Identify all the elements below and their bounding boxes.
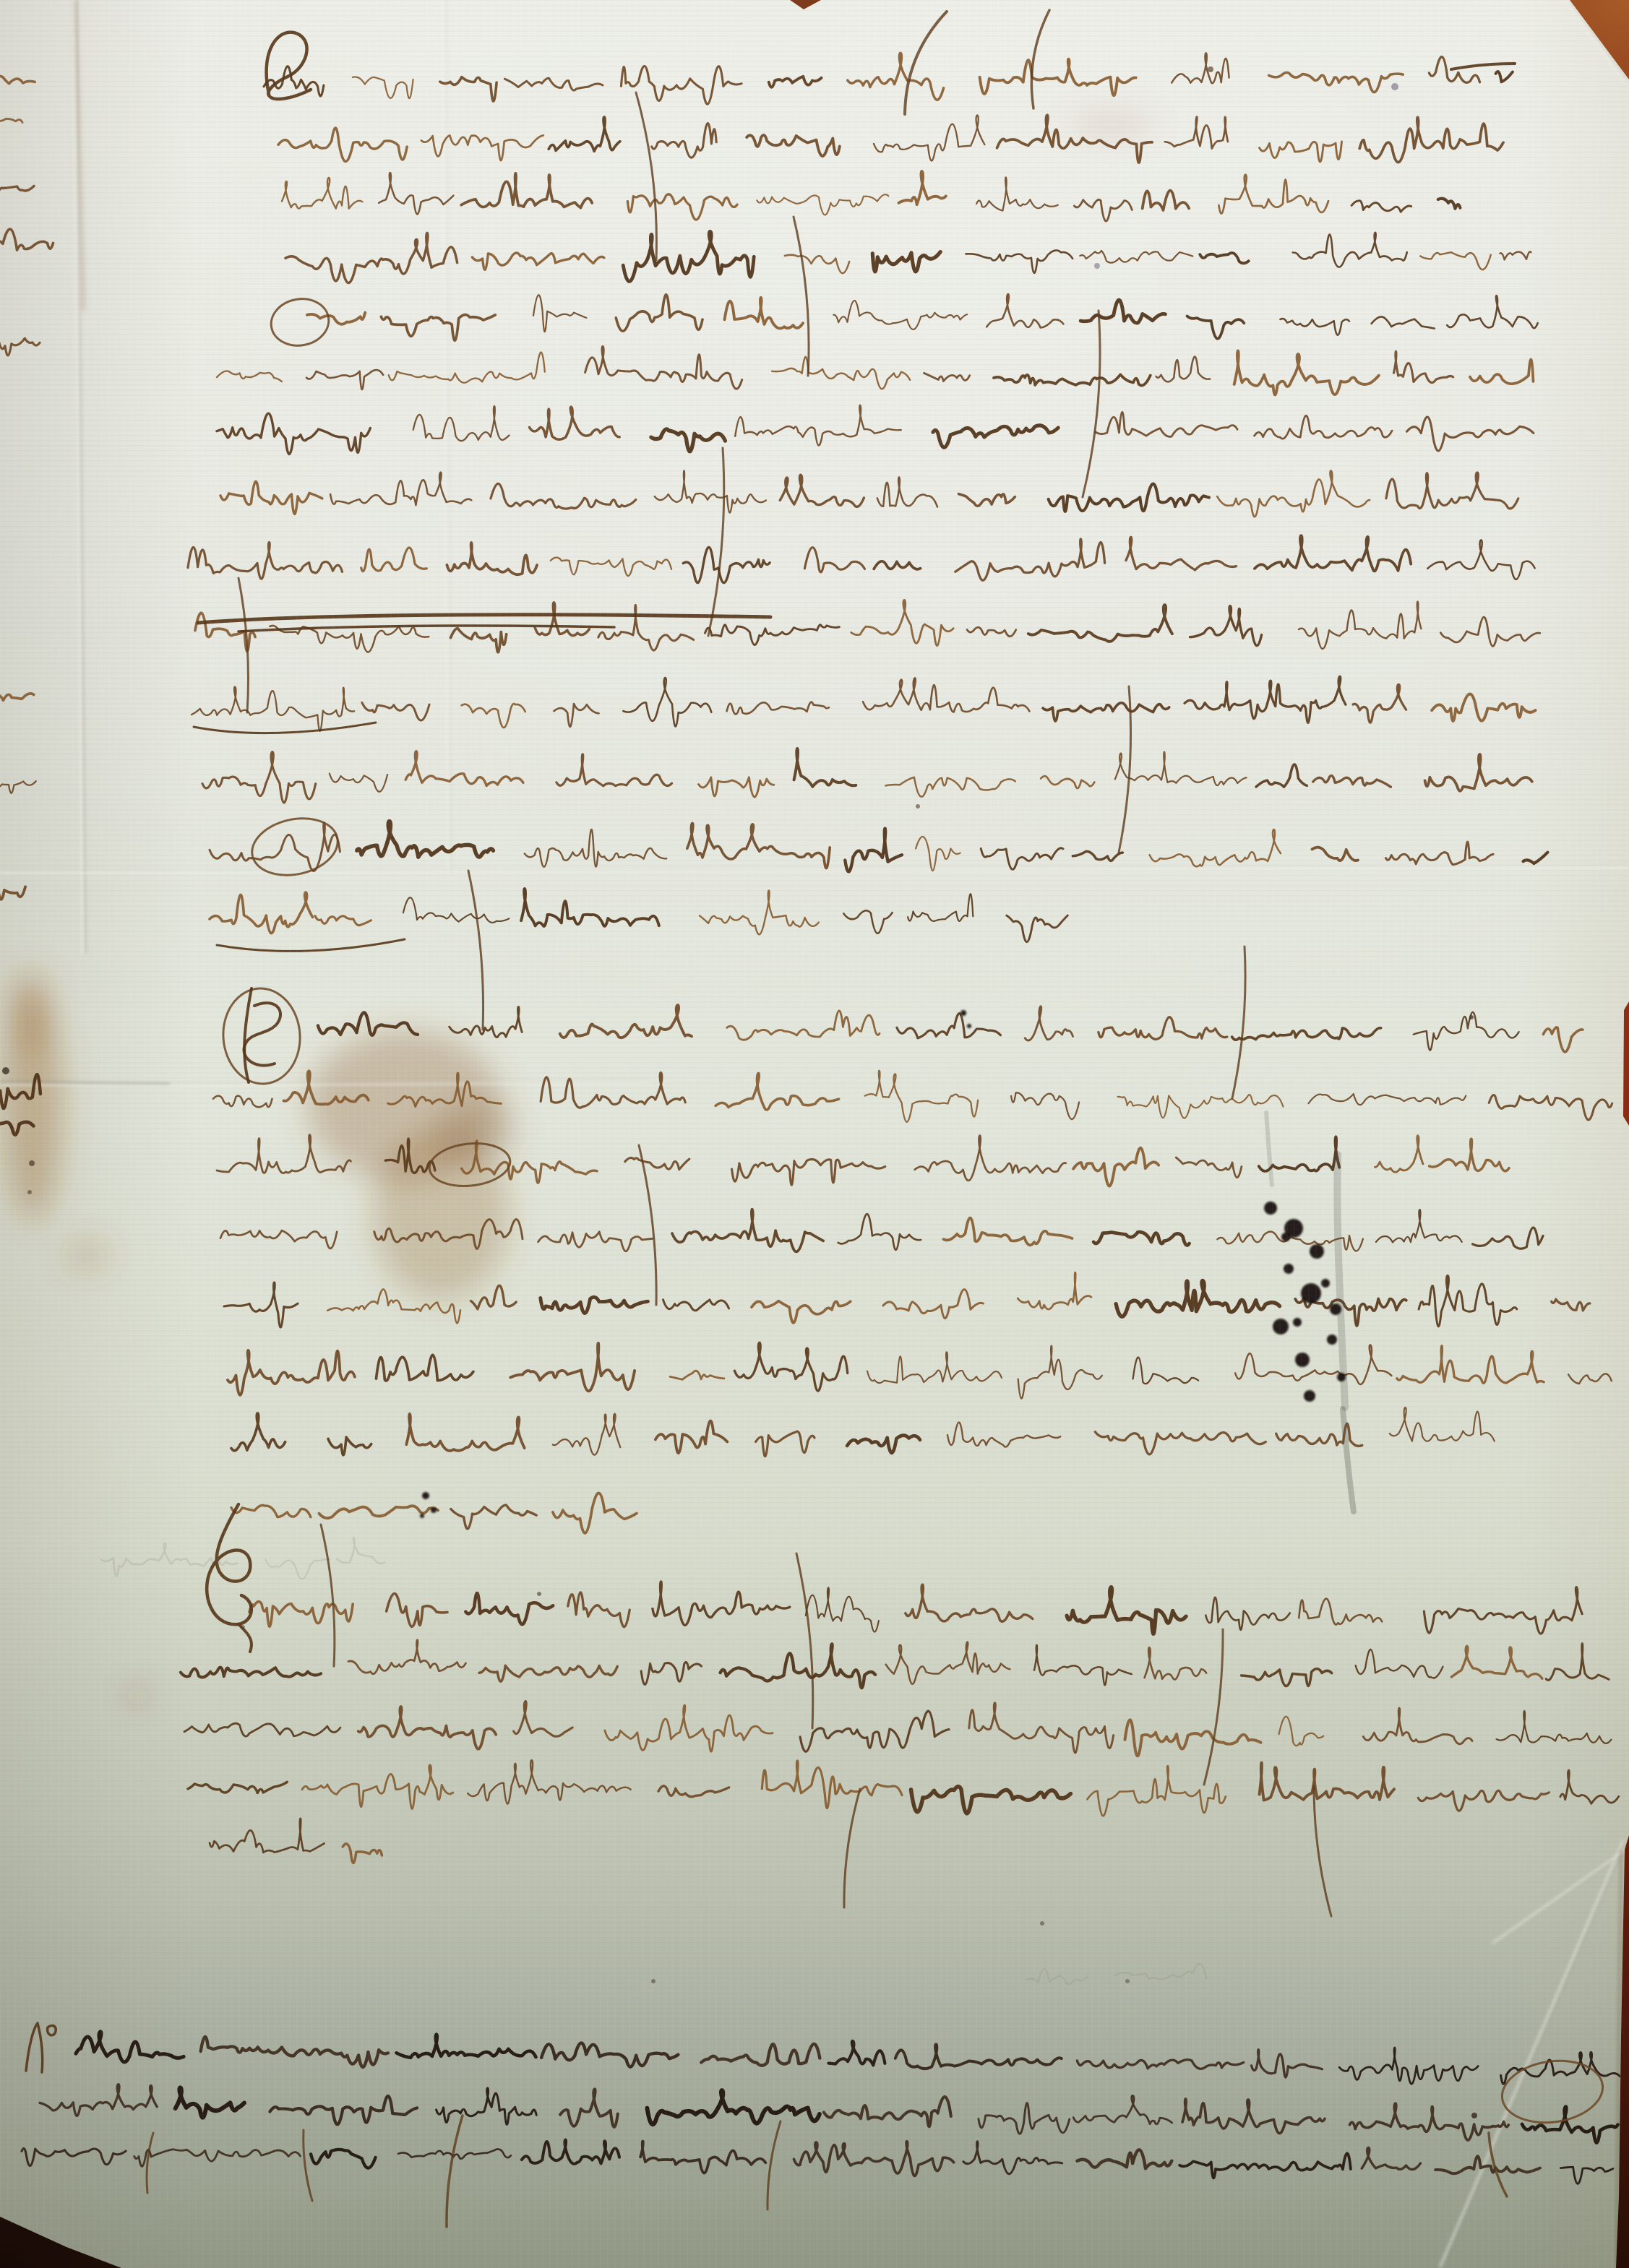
- speckle: [1040, 1921, 1044, 1926]
- word-stroke: [616, 295, 702, 331]
- word-stroke: [1093, 1232, 1190, 1245]
- word-stroke: [176, 2087, 245, 2117]
- word-stroke: [1077, 2060, 1243, 2069]
- word-stroke: [966, 250, 1073, 272]
- word-stroke: [1187, 316, 1245, 339]
- script-line: [181, 1640, 1609, 1688]
- word-stroke: [897, 1014, 1001, 1038]
- word-stroke: [1568, 1374, 1612, 1384]
- word-stroke: [1522, 2107, 1618, 2143]
- word-stroke: [1145, 1647, 1207, 1679]
- word-stroke: [625, 1157, 689, 1169]
- script-line: [0, 781, 36, 793]
- word-stroke: [1397, 1346, 1544, 1384]
- word-stroke: [794, 749, 856, 787]
- word-stroke: [824, 2097, 951, 2126]
- word-stroke: [800, 1711, 949, 1751]
- word-stroke: [622, 66, 742, 104]
- script-line: [0, 338, 40, 355]
- word-stroke: [1552, 1299, 1590, 1311]
- word-stroke: [514, 1702, 572, 1737]
- circled-flourish: [220, 986, 304, 1086]
- word-stroke: [202, 752, 316, 803]
- word-stroke: [872, 252, 940, 272]
- word-stroke: [727, 1011, 880, 1040]
- blot-blob: [967, 1024, 971, 1028]
- word-stroke: [1425, 754, 1532, 791]
- ink-layer: [0, 0, 1629, 2268]
- word-stroke: [1427, 540, 1534, 579]
- ascender-flourish: [844, 1789, 860, 1907]
- word-stroke: [1419, 1275, 1517, 1326]
- word-stroke: [228, 1350, 355, 1395]
- blot-blob: [1264, 1202, 1277, 1215]
- initial-paragraph-2: [244, 1003, 280, 1066]
- word-stroke: [963, 2142, 1062, 2174]
- word-stroke: [1473, 1228, 1543, 1249]
- script-line: [184, 1702, 1611, 1756]
- blot-blob: [1327, 1335, 1337, 1345]
- word-stroke: [379, 173, 453, 214]
- word-stroke: [1185, 676, 1346, 723]
- word-stroke: [1470, 360, 1534, 384]
- line1-end-dash: [1451, 64, 1515, 69]
- blot-blob: [1310, 1244, 1324, 1259]
- word-stroke: [1165, 117, 1228, 149]
- stain: [129, 1690, 146, 1702]
- speckle: [537, 1592, 541, 1596]
- ghost-line: [101, 1538, 384, 1579]
- word-stroke: [397, 2035, 536, 2058]
- word-stroke: [1252, 2050, 1323, 2077]
- blot-blob: [960, 1010, 966, 1016]
- word-stroke: [437, 2088, 537, 2124]
- ascender-flourish: [639, 1145, 656, 1305]
- word-stroke: [1099, 1017, 1227, 1040]
- word-stroke: [1217, 471, 1370, 517]
- ghost-line: [1026, 1964, 1206, 1984]
- creases: [0, 0, 1629, 2268]
- word-stroke: [747, 135, 840, 156]
- word-stroke: [1176, 1157, 1242, 1178]
- word-stroke: [403, 897, 510, 923]
- word-stroke: [1362, 2147, 1420, 2169]
- word-stroke: [1376, 1210, 1462, 1242]
- word-stroke: [804, 548, 864, 572]
- script-line: [278, 115, 1503, 163]
- word-stroke: [1356, 1650, 1443, 1678]
- blot-blob: [422, 1492, 429, 1499]
- word-stroke: [1080, 251, 1192, 263]
- word-stroke: [772, 357, 910, 389]
- script-line: [285, 231, 1531, 283]
- diagonal-crease-bottom-right: [1442, 1841, 1625, 2268]
- manuscript-photo: [0, 0, 1629, 2268]
- word-stroke: [330, 473, 471, 506]
- word-stroke: [906, 1584, 1033, 1621]
- speckle: [1391, 83, 1398, 90]
- ascender-flourish: [468, 871, 483, 1030]
- word-stroke: [192, 686, 354, 730]
- blot-blob: [1281, 1233, 1290, 1241]
- word-stroke: [1432, 694, 1535, 722]
- word-stroke: [1447, 296, 1538, 328]
- word-stroke: [541, 1297, 648, 1313]
- word-stroke: [1095, 1432, 1265, 1454]
- word-stroke: [1276, 1423, 1362, 1446]
- word-stroke: [701, 2044, 820, 2066]
- word-stroke: [1363, 1708, 1472, 1744]
- word-stroke: [1560, 2167, 1612, 2183]
- script-line: [228, 1342, 1612, 1398]
- blot-blob: [1273, 1319, 1289, 1335]
- script-line: [0, 887, 25, 900]
- word-stroke: [553, 1414, 621, 1455]
- smear-3: [1266, 1113, 1272, 1185]
- word-stroke: [337, 1538, 384, 1564]
- word-stroke: [658, 1786, 729, 1797]
- word-stroke: [1026, 1969, 1088, 1984]
- ascender-flourish: [794, 217, 809, 376]
- word-stroke: [1182, 2099, 1325, 2134]
- word-stroke: [845, 829, 902, 872]
- word-stroke: [1418, 1790, 1549, 1811]
- strike-through-1: [198, 615, 770, 623]
- ascender-flourish: [447, 2116, 463, 2227]
- word-stroke: [362, 702, 429, 720]
- word-stroke: [217, 371, 282, 382]
- word-stroke: [762, 1761, 902, 1808]
- word-stroke: [980, 59, 1136, 96]
- word-stroke: [220, 1230, 337, 1249]
- word-stroke: [699, 777, 774, 797]
- word-stroke: [847, 1436, 920, 1453]
- word-stroke: [652, 124, 717, 158]
- word-stroke: [915, 1136, 1066, 1181]
- initial-paragraph-2-stem: [244, 988, 252, 1082]
- word-stroke: [1179, 2153, 1351, 2178]
- ascender-flourish: [147, 2133, 153, 2193]
- word-stroke: [381, 315, 495, 341]
- word-stroke: [656, 1421, 727, 1454]
- word-stroke: [471, 1285, 517, 1309]
- word-stroke: [343, 1844, 382, 1863]
- word-stroke: [533, 295, 586, 332]
- word-stroke: [389, 353, 545, 383]
- script-line: [188, 1760, 1619, 1816]
- word-stroke: [231, 1505, 311, 1517]
- word-stroke: [406, 1414, 524, 1451]
- speckle: [1125, 1979, 1130, 1983]
- word-stroke: [1156, 357, 1211, 382]
- word-stroke: [725, 298, 804, 329]
- word-stroke: [285, 233, 457, 283]
- stain: [65, 1240, 108, 1272]
- ascender-flourish: [1232, 947, 1245, 1098]
- word-stroke: [1028, 605, 1172, 642]
- word-stroke: [1260, 142, 1342, 162]
- speckle: [651, 1979, 656, 1983]
- word-stroke: [641, 1662, 701, 1684]
- word-stroke: [472, 253, 604, 270]
- word-stroke: [353, 77, 413, 99]
- word-stroke: [623, 678, 711, 726]
- underline-flourish-1: [194, 723, 376, 733]
- word-stroke: [451, 629, 507, 652]
- word-stroke: [0, 694, 34, 700]
- word-stroke: [794, 2142, 954, 2176]
- word-stroke: [522, 2140, 619, 2164]
- blot-blob: [1293, 1318, 1302, 1327]
- word-stroke: [22, 2149, 126, 2166]
- word-stroke: [450, 1006, 523, 1037]
- word-stroke: [188, 1782, 287, 1793]
- word-stroke: [732, 1160, 885, 1186]
- smear-1: [1337, 1155, 1345, 1407]
- word-stroke: [76, 2032, 184, 2062]
- word-stroke: [1073, 2095, 1172, 2123]
- word-stroke: [1269, 72, 1404, 92]
- word-stroke: [994, 374, 1151, 385]
- word-stroke: [895, 2044, 1062, 2069]
- circled-flourish: [267, 295, 332, 350]
- word-stroke: [1375, 1136, 1423, 1173]
- word-stroke: [1299, 1599, 1382, 1625]
- word-stroke: [806, 1587, 879, 1631]
- word-stroke: [1339, 2048, 1478, 2084]
- word-stroke: [886, 1642, 1010, 1684]
- word-stroke: [933, 426, 1058, 447]
- note-initial: [26, 2023, 56, 2072]
- word-stroke: [908, 894, 973, 921]
- word-stroke: [535, 603, 589, 636]
- script-line: [210, 1819, 382, 1863]
- word-stroke: [479, 1665, 617, 1681]
- word-stroke: [833, 301, 967, 329]
- word-stroke: [264, 66, 324, 96]
- speckle: [29, 1160, 35, 1166]
- note-line: [40, 2084, 1618, 2143]
- word-stroke: [976, 177, 1058, 210]
- word-stroke: [451, 1505, 536, 1529]
- blot-blob: [431, 1507, 437, 1513]
- word-stroke: [1118, 1095, 1284, 1118]
- word-stroke: [184, 1723, 340, 1736]
- word-stroke: [623, 231, 754, 281]
- ascender-flourish: [1314, 1786, 1331, 1916]
- word-stroke: [1041, 776, 1094, 788]
- ascender-flourish: [768, 2121, 781, 2209]
- word-stroke: [979, 2103, 1070, 2134]
- script-line: [0, 186, 34, 193]
- word-stroke: [554, 704, 599, 727]
- ascender-flourish: [1083, 311, 1100, 497]
- word-stroke: [883, 1290, 984, 1319]
- word-stroke: [282, 178, 362, 209]
- word-stroke: [700, 890, 819, 934]
- ascender-flourish: [1204, 1629, 1223, 1785]
- word-stroke: [1309, 1094, 1466, 1105]
- word-stroke: [1200, 253, 1248, 263]
- word-stroke: [549, 117, 620, 151]
- word-stroke: [1430, 1139, 1509, 1171]
- word-stroke: [421, 135, 543, 160]
- word-stroke: [1299, 602, 1421, 649]
- word-stroke: [769, 77, 822, 87]
- word-stroke: [468, 1760, 630, 1803]
- word-stroke: [1074, 199, 1132, 221]
- note-line: [22, 2140, 1613, 2184]
- manuscript-page: [0, 0, 1629, 2268]
- word-stroke: [541, 1073, 685, 1108]
- script-line: [192, 676, 1536, 731]
- script-line: [220, 470, 1518, 517]
- word-stroke: [556, 754, 672, 786]
- word-stroke: [885, 777, 1015, 797]
- word-stroke: [715, 1073, 838, 1109]
- word-stroke: [1451, 1646, 1542, 1678]
- word-stroke: [944, 1218, 1073, 1246]
- word-stroke: [405, 751, 523, 786]
- script-line: [249, 1582, 1582, 1634]
- word-stroke: [1385, 842, 1493, 865]
- stains: [4, 111, 1155, 1702]
- word-stroke: [213, 1096, 272, 1108]
- word-stroke: [1078, 2150, 1172, 2168]
- handwriting: [0, 53, 1620, 2183]
- word-stroke: [865, 1071, 978, 1122]
- ascender-flourish: [708, 448, 724, 636]
- ascender-flourish: [238, 578, 249, 712]
- word-stroke: [217, 413, 370, 454]
- word-stroke: [210, 1819, 324, 1853]
- word-stroke: [1255, 535, 1411, 571]
- script-line: [307, 294, 1538, 340]
- word-stroke: [877, 477, 937, 506]
- word-stroke: [605, 1705, 773, 1751]
- speckle: [27, 1190, 32, 1194]
- word-stroke: [560, 1005, 692, 1038]
- word-stroke: [361, 548, 427, 572]
- word-stroke: [1095, 412, 1237, 436]
- word-stroke: [874, 561, 920, 569]
- word-stroke: [843, 910, 892, 933]
- word-stroke: [1390, 1407, 1495, 1441]
- word-stroke: [1424, 1587, 1582, 1634]
- word-stroke: [757, 194, 888, 215]
- diagonal-crease-short-light: [1492, 1848, 1628, 1944]
- word-stroke: [780, 475, 864, 506]
- word-stroke: [530, 407, 620, 439]
- word-stroke: [1546, 1644, 1609, 1681]
- word-stroke: [1133, 1358, 1199, 1384]
- word-stroke: [1350, 2103, 1509, 2140]
- word-stroke: [1351, 201, 1411, 212]
- ascender-flourish: [1031, 10, 1049, 108]
- blot-blob: [420, 1514, 424, 1518]
- word-stroke: [734, 1342, 847, 1391]
- word-stroke: [188, 543, 343, 579]
- ascender-flourish: [321, 1525, 335, 1666]
- word-stroke: [538, 1232, 653, 1251]
- stain: [1068, 111, 1155, 137]
- word-stroke: [987, 294, 1063, 327]
- word-stroke: [683, 547, 770, 582]
- word-stroke: [525, 829, 666, 867]
- word-stroke: [1018, 1272, 1091, 1309]
- speckle: [2, 1067, 9, 1074]
- word-stroke: [315, 916, 371, 926]
- word-stroke: [1500, 251, 1531, 259]
- word-stroke: [1438, 199, 1461, 209]
- word-stroke: [969, 1703, 1114, 1753]
- word-stroke: [1312, 848, 1359, 861]
- word-stroke: [1011, 1092, 1079, 1119]
- word-stroke: [727, 702, 829, 715]
- word-stroke: [1088, 1766, 1226, 1816]
- word-stroke: [1116, 1280, 1280, 1316]
- word-stroke: [1496, 72, 1513, 82]
- word-stroke: [1190, 606, 1262, 646]
- word-stroke: [1049, 484, 1209, 512]
- word-stroke: [1293, 233, 1407, 267]
- word-stroke: [358, 1707, 496, 1749]
- word-stroke: [521, 889, 659, 926]
- word-stroke: [911, 1787, 1071, 1814]
- word-stroke: [1420, 252, 1490, 270]
- word-stroke: [1242, 1669, 1332, 1686]
- word-stroke: [1440, 617, 1540, 646]
- word-stroke: [330, 774, 387, 792]
- word-stroke: [785, 255, 849, 273]
- word-stroke: [1279, 1717, 1324, 1746]
- script-line: [0, 118, 22, 122]
- word-stroke: [1080, 300, 1165, 323]
- script-line: [217, 405, 1534, 454]
- word-stroke: [663, 1300, 729, 1311]
- script-line: [264, 53, 1513, 104]
- script-line: [231, 1407, 1495, 1457]
- word-stroke: [462, 704, 525, 728]
- script-line: [217, 346, 1534, 394]
- word-stroke: [1025, 1006, 1073, 1040]
- word-stroke: [357, 822, 494, 858]
- script-line: [202, 749, 1532, 803]
- word-stroke: [551, 558, 671, 576]
- word-stroke: [311, 2150, 375, 2168]
- word-stroke: [1523, 853, 1548, 863]
- word-stroke: [1218, 175, 1328, 214]
- word-stroke: [0, 781, 36, 793]
- word-stroke: [1497, 1711, 1612, 1743]
- word-stroke: [270, 2096, 417, 2124]
- word-stroke: [181, 1668, 321, 1678]
- word-stroke: [1125, 1720, 1261, 1756]
- word-stroke: [1007, 915, 1068, 942]
- speckles: [2, 66, 1477, 2118]
- word-stroke: [756, 1431, 814, 1457]
- word-stroke: [1394, 351, 1453, 382]
- word-stroke: [224, 1282, 298, 1327]
- word-stroke: [560, 2089, 618, 2127]
- word-stroke: [959, 494, 1015, 506]
- word-stroke: [0, 118, 22, 122]
- word-stroke: [1043, 703, 1169, 721]
- speckle: [241, 1625, 245, 1629]
- word-stroke: [461, 173, 592, 208]
- word-stroke: [1172, 53, 1229, 83]
- speckle: [1469, 1015, 1474, 1019]
